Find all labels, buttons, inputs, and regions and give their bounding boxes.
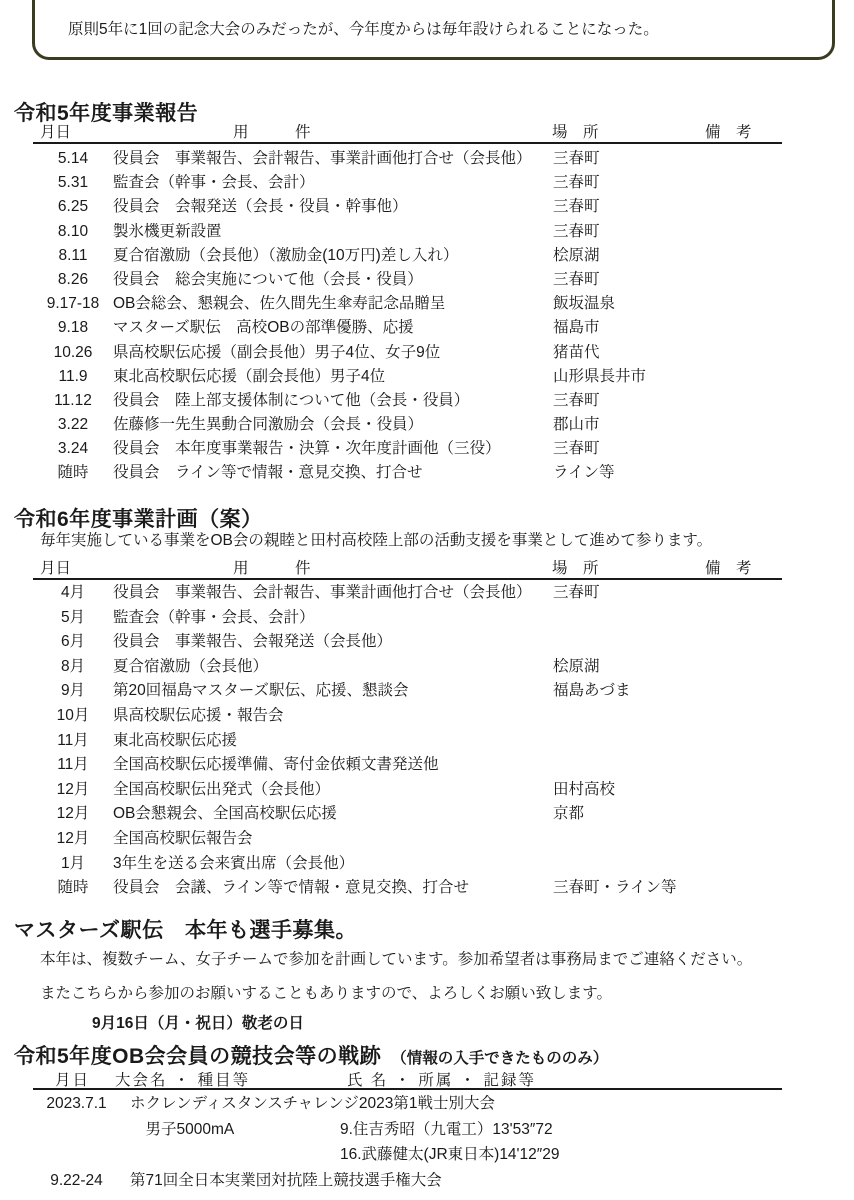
table-row: 5.14 役員会 事業報告、会計報告、事業計画他打合せ（会長他） 三春町 — [0, 147, 854, 171]
result-row: 16.武藤健太(JR東日本)14'12″29 — [0, 1142, 854, 1168]
table-row: 11月 全国高校駅伝応援準備、寄付金依頼文書発送他 — [0, 753, 854, 778]
row-place-cell: 田村高校 — [553, 778, 615, 803]
result-date-cell: 9.22-24 — [33, 1168, 120, 1194]
table-row: 11.12 役員会 陸上部支援体制について他（会長・役員） 三春町 — [0, 389, 854, 413]
result-record-cell: 9.住吉秀昭（九電工）13'53″72 — [340, 1117, 553, 1143]
row-date-cell: 9月 — [33, 679, 113, 704]
row-date-cell: 10.26 — [33, 341, 113, 365]
row-date-cell: 8.11 — [33, 244, 113, 268]
report-col-matter: 用 件 — [233, 120, 311, 142]
results-header-rule — [33, 1088, 782, 1090]
plan-col-place: 場 所 — [552, 556, 599, 578]
row-date-cell: 10月 — [33, 704, 113, 729]
row-matter-cell: 夏合宿激励（会長他） — [113, 655, 268, 680]
report-header-rule — [33, 142, 782, 144]
row-matter-cell: 全国高校駅伝応援準備、寄付金依頼文書発送他 — [113, 753, 439, 778]
table-row: 9月 第20回福島マスターズ駅伝、応援、懇談会 福島あづま — [0, 679, 854, 704]
row-date-cell: 随時 — [33, 876, 113, 901]
plan-table-header: 月日 用 件 場 所 備 考 — [0, 556, 854, 578]
row-place-cell: 猪苗代 — [553, 341, 600, 365]
results-table-header: 月日 大会名 ・ 種目等 氏 名 ・ 所属 ・ 記録等 — [0, 1068, 854, 1090]
row-matter-cell: 監査会（幹事・会長、会計） — [113, 606, 315, 631]
result-row: 2023.7.1 ホクレンディスタンスチャレンジ2023第1戦士別大会 — [0, 1091, 854, 1117]
table-row: 9.17-18 OB会総会、懇親会、佐久間先生傘寿記念品贈呈 飯坂温泉 — [0, 292, 854, 316]
row-date-cell: 5.31 — [33, 171, 113, 195]
plan-section-title: 令和6年度事業計画（案） — [14, 503, 263, 533]
row-place-cell: 福島市 — [553, 316, 600, 340]
table-row: 8.11 夏合宿激励（会長他）（激励金(10万円)差し入れ） 桧原湖 — [0, 244, 854, 268]
result-record-cell: 16.武藤健太(JR東日本)14'12″29 — [340, 1142, 559, 1168]
row-place-cell: 三春町 — [553, 195, 600, 219]
row-date-cell: 5.14 — [33, 147, 113, 171]
masters-line-2: またこちらから参加のお願いすることもありますので、よろしくお願い致します。 — [40, 984, 612, 1003]
row-date-cell: 9.17-18 — [33, 292, 113, 316]
notice-text: 原則5年に1回の記念大会のみだったが、今年度からは毎年設けられることになった。 — [68, 21, 659, 40]
results-col-result: 氏 名 ・ 所属 ・ 記録等 — [347, 1068, 536, 1090]
row-matter-cell: 役員会 事業報告、会報発送（会長他） — [113, 630, 392, 655]
result-event-cell: ホクレンディスタンスチャレンジ2023第1戦士別大会 — [130, 1091, 495, 1117]
masters-line-1: 本年は、複数チーム、女子チームで参加を計画しています。参加希望者は事務局までご連… — [40, 950, 752, 969]
notice-box: 原則5年に1回の記念大会のみだったが、今年度からは毎年設けられることになった。 — [32, 0, 835, 60]
row-place-cell: 桧原湖 — [553, 655, 600, 680]
row-matter-cell: 3年生を送る会来賓出席（会長他） — [113, 852, 354, 877]
report-col-date: 月日 — [40, 120, 71, 142]
row-place-cell: 三春町 — [553, 437, 600, 461]
row-place-cell: 桧原湖 — [553, 244, 600, 268]
masters-date-note: 9月16日（月・祝日）敬老の日 — [92, 1014, 304, 1033]
row-date-cell: 3.24 — [33, 437, 113, 461]
row-place-cell: 山形県長井市 — [553, 365, 646, 389]
table-row: 12月 OB会懇親会、全国高校駅伝応援 京都 — [0, 802, 854, 827]
row-date-cell: 8.26 — [33, 268, 113, 292]
row-matter-cell: 役員会 ライン等で情報・意見交換、打合せ — [113, 461, 423, 485]
row-date-cell: 12月 — [33, 827, 113, 852]
row-date-cell: 12月 — [33, 802, 113, 827]
row-place-cell: 三春町 — [553, 220, 600, 244]
row-date-cell: 12月 — [33, 778, 113, 803]
table-row: 6月 役員会 事業報告、会報発送（会長他） — [0, 630, 854, 655]
row-matter-cell: 役員会 会報発送（会長・役員・幹事他） — [113, 195, 408, 219]
result-row: 男子5000mA 9.住吉秀昭（九電工）13'53″72 — [0, 1117, 854, 1143]
row-matter-cell: 県高校駅伝応援・報告会 — [113, 704, 284, 729]
report-col-place: 場 所 — [552, 120, 599, 142]
plan-col-matter: 用 件 — [233, 556, 311, 578]
table-row: 9.18 マスターズ駅伝 高校OBの部準優勝、応援 福島市 — [0, 316, 854, 340]
result-row: 9.22-24 第71回全日本実業団対抗陸上競技選手権大会 — [0, 1168, 854, 1194]
plan-col-remarks: 備 考 — [705, 556, 752, 578]
plan-intro: 毎年実施している事業をOB会の親睦と田村高校陸上部の活動支援を事業として進めて参… — [40, 531, 712, 550]
table-row: 6.25 役員会 会報発送（会長・役員・幹事他） 三春町 — [0, 195, 854, 219]
table-row: 11月 東北高校駅伝応援 — [0, 729, 854, 754]
report-table-header: 月日 用 件 場 所 備 考 — [0, 120, 854, 142]
row-matter-cell: マスターズ駅伝 高校OBの部準優勝、応援 — [113, 316, 414, 340]
table-row: 12月 全国高校駅伝報告会 — [0, 827, 854, 852]
results-section-title: 令和5年度OB会会員の競技会等の戦跡（情報の入手できたもののみ） — [14, 1040, 608, 1070]
row-place-cell: 三春町 — [553, 581, 600, 606]
row-place-cell: 福島あづま — [553, 679, 631, 704]
row-matter-cell: 県高校駅伝応援（副会長他）男子4位、女子9位 — [113, 341, 440, 365]
row-matter-cell: 役員会 本年度事業報告・決算・次年度計画他（三役） — [113, 437, 501, 461]
row-matter-cell: 役員会 陸上部支援体制について他（会長・役員） — [113, 389, 469, 413]
plan-col-date: 月日 — [40, 556, 71, 578]
plan-header-rule — [33, 578, 782, 580]
results-col-event: 大会名 ・ 種目等 — [115, 1068, 250, 1090]
row-date-cell: 11月 — [33, 753, 113, 778]
results-title-text: 令和5年度OB会会員の競技会等の戦跡 — [14, 1045, 381, 1068]
result-event-cell: 第71回全日本実業団対抗陸上競技選手権大会 — [130, 1168, 442, 1194]
table-row: 10.26 県高校駅伝応援（副会長他）男子4位、女子9位 猪苗代 — [0, 341, 854, 365]
table-row: 3.22 佐藤修一先生異動合同激励会（会長・役員） 郡山市 — [0, 413, 854, 437]
row-matter-cell: 役員会 事業報告、会計報告、事業計画他打合せ（会長他） — [113, 581, 532, 606]
table-row: 8月 夏合宿激励（会長他） 桧原湖 — [0, 655, 854, 680]
row-matter-cell: 役員会 事業報告、会計報告、事業計画他打合せ（会長他） — [113, 147, 532, 171]
table-row: 10月 県高校駅伝応援・報告会 — [0, 704, 854, 729]
table-row: 8.10 製氷機更新設置 三春町 — [0, 220, 854, 244]
table-row: 5月 監査会（幹事・会長、会計） — [0, 606, 854, 631]
row-date-cell: 3.22 — [33, 413, 113, 437]
table-row: 随時 役員会 会議、ライン等で情報・意見交換、打合せ 三春町・ライン等 — [0, 876, 854, 901]
row-place-cell: 飯坂温泉 — [553, 292, 615, 316]
row-date-cell: 6月 — [33, 630, 113, 655]
row-matter-cell: 製氷機更新設置 — [113, 220, 222, 244]
row-date-cell: 8月 — [33, 655, 113, 680]
row-date-cell: 4月 — [33, 581, 113, 606]
row-place-cell: 三春町 — [553, 268, 600, 292]
row-date-cell: 8.10 — [33, 220, 113, 244]
row-matter-cell: 全国高校駅伝出発式（会長他） — [113, 778, 330, 803]
row-date-cell: 11.9 — [33, 365, 113, 389]
row-matter-cell: 夏合宿激励（会長他）（激励金(10万円)差し入れ） — [113, 244, 458, 268]
row-matter-cell: OB会懇親会、全国高校駅伝応援 — [113, 802, 337, 827]
table-row: 随時 役員会 ライン等で情報・意見交換、打合せ ライン等 — [0, 461, 854, 485]
table-row: 3.24 役員会 本年度事業報告・決算・次年度計画他（三役） 三春町 — [0, 437, 854, 461]
row-place-cell: 三春町・ライン等 — [553, 876, 677, 901]
row-matter-cell: 役員会 総会実施について他（会長・役員） — [113, 268, 423, 292]
table-row: 4月 役員会 事業報告、会計報告、事業計画他打合せ（会長他） 三春町 — [0, 581, 854, 606]
row-date-cell: 6.25 — [33, 195, 113, 219]
table-row: 8.26 役員会 総会実施について他（会長・役員） 三春町 — [0, 268, 854, 292]
report-table-body: 5.14 役員会 事業報告、会計報告、事業計画他打合せ（会長他） 三春町 5.3… — [0, 147, 854, 486]
row-place-cell: 京都 — [553, 802, 584, 827]
row-matter-cell: OB会総会、懇親会、佐久間先生傘寿記念品贈呈 — [113, 292, 445, 316]
row-matter-cell: 全国高校駅伝報告会 — [113, 827, 253, 852]
results-col-date: 月日 — [55, 1068, 90, 1090]
plan-table-body: 4月 役員会 事業報告、会計報告、事業計画他打合せ（会長他） 三春町 5月 監査… — [0, 581, 854, 901]
table-row: 5.31 監査会（幹事・会長、会計） 三春町 — [0, 171, 854, 195]
row-matter-cell: 佐藤修一先生異動合同激励会（会長・役員） — [113, 413, 423, 437]
table-row: 12月 全国高校駅伝出発式（会長他） 田村高校 — [0, 778, 854, 803]
row-date-cell: 5月 — [33, 606, 113, 631]
row-matter-cell: 役員会 会議、ライン等で情報・意見交換、打合せ — [113, 876, 469, 901]
row-matter-cell: 監査会（幹事・会長、会計） — [113, 171, 315, 195]
row-date-cell: 11.12 — [33, 389, 113, 413]
masters-section-title: マスターズ駅伝 本年も選手募集。 — [14, 914, 357, 944]
row-place-cell: 三春町 — [553, 389, 600, 413]
row-date-cell: 1月 — [33, 852, 113, 877]
row-date-cell: 11月 — [33, 729, 113, 754]
result-event-cell: 男子5000mA — [130, 1117, 234, 1143]
row-place-cell: ライン等 — [553, 461, 615, 485]
row-place-cell: 郡山市 — [553, 413, 600, 437]
row-place-cell: 三春町 — [553, 147, 600, 171]
row-matter-cell: 東北高校駅伝応援 — [113, 729, 237, 754]
results-title-note: （情報の入手できたもののみ） — [391, 1050, 608, 1067]
results-table-body: 2023.7.1 ホクレンディスタンスチャレンジ2023第1戦士別大会 男子50… — [0, 1091, 854, 1193]
document-page: 原則5年に1回の記念大会のみだったが、今年度からは毎年設けられることになった。 … — [0, 0, 854, 1200]
result-date-cell: 2023.7.1 — [33, 1091, 120, 1117]
row-matter-cell: 東北高校駅伝応援（副会長他）男子4位 — [113, 365, 385, 389]
table-row: 1月 3年生を送る会来賓出席（会長他） — [0, 852, 854, 877]
report-col-remarks: 備 考 — [705, 120, 752, 142]
table-row: 11.9 東北高校駅伝応援（副会長他）男子4位 山形県長井市 — [0, 365, 854, 389]
row-place-cell: 三春町 — [553, 171, 600, 195]
row-matter-cell: 第20回福島マスターズ駅伝、応援、懇談会 — [113, 679, 408, 704]
row-date-cell: 随時 — [33, 461, 113, 485]
row-date-cell: 9.18 — [33, 316, 113, 340]
